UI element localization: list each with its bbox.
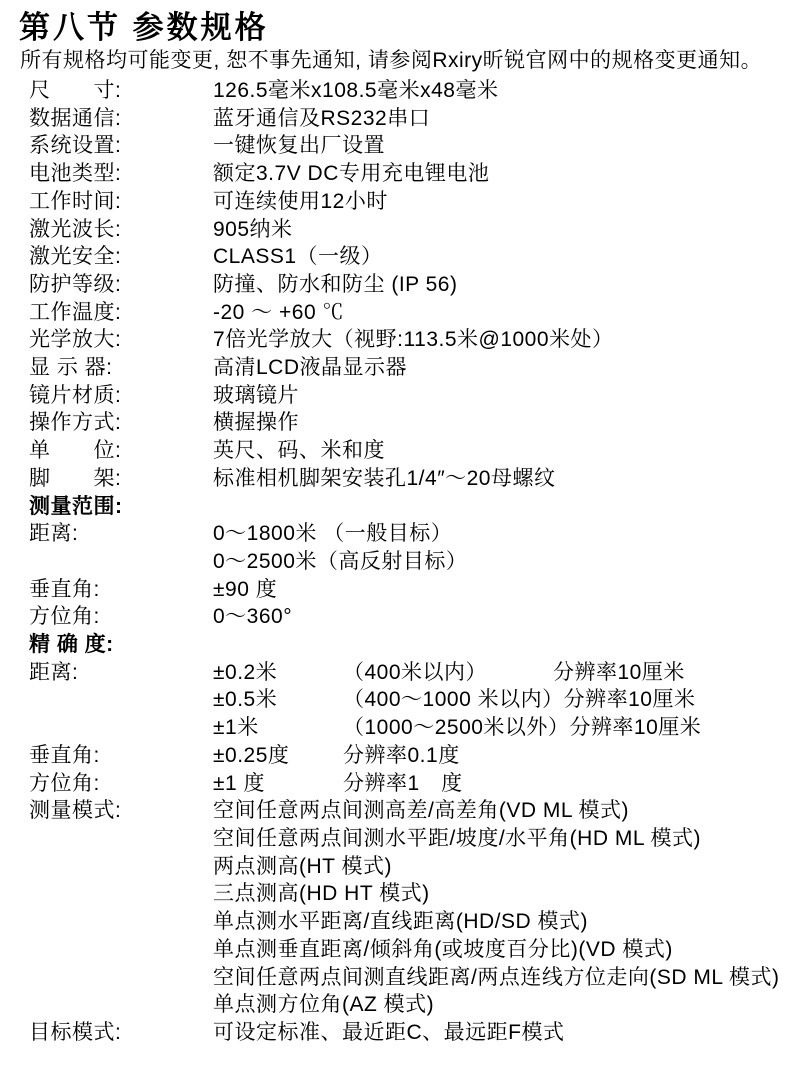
- spec-value: 空间任意两点间测高差/高差角(VD ML 模式): [213, 797, 629, 825]
- spec-label: 系统设置:: [29, 132, 213, 160]
- spec-label: 垂直角:: [29, 742, 213, 770]
- spec-label: 激光安全:: [29, 243, 213, 271]
- spec-row: 激光安全:CLASS1（一级）: [29, 243, 784, 271]
- spec-row: 尺 寸:126.5毫米x108.5毫米x48毫米: [29, 77, 784, 105]
- spec-row: 单点测方位角(AZ 模式): [29, 991, 784, 1019]
- spec-value: ±90 度: [213, 576, 343, 604]
- spec-value: 分辨率10厘米: [553, 659, 685, 687]
- spec-value: 分辨率0.1度: [343, 742, 553, 770]
- spec-value: 7倍光学放大（视野:113.5米@1000米处）: [213, 326, 614, 354]
- spec-value: 空间任意两点间测水平距/坡度/水平角(HD ML 模式): [213, 825, 701, 853]
- spec-value: CLASS1（一级）: [213, 243, 383, 271]
- spec-value: 905纳米: [213, 216, 343, 244]
- spec-row: 方位角:±1 度分辨率1 度: [29, 770, 784, 798]
- spec-value: ±0.2米: [213, 659, 343, 687]
- spec-label: 工作温度:: [29, 299, 213, 327]
- spec-value: 空间任意两点间测直线距离/两点连线方位走向(SD ML 模式): [213, 964, 780, 992]
- spec-row: 垂直角:±90 度: [29, 576, 784, 604]
- spec-value: 单点测方位角(AZ 模式): [213, 991, 434, 1019]
- spec-row: 距离:0～1800米 （一般目标）: [29, 520, 784, 548]
- spec-value: 可连续使用12小时: [213, 188, 388, 216]
- spec-label: 电池类型:: [29, 160, 213, 188]
- spec-value: ±1米: [213, 714, 343, 742]
- document-page: 第八节 参数规格 所有规格均可能变更, 恕不事先通知, 请参阅Rxiry昕锐官网…: [0, 0, 790, 1065]
- spec-value: 玻璃镜片: [213, 382, 343, 410]
- spec-row: 0～2500米（高反射目标）: [29, 548, 784, 576]
- spec-row: 显 示 器:高清LCD液晶显示器: [29, 354, 784, 382]
- spec-row: 单 位:英尺、码、米和度: [29, 437, 784, 465]
- spec-row: 单点测水平距离/直线距离(HD/SD 模式): [29, 908, 784, 936]
- spec-row: 精 确 度:: [29, 631, 784, 659]
- spec-label: 防护等级:: [29, 271, 213, 299]
- spec-value: -20 ～ +60 ℃: [213, 299, 344, 327]
- spec-label: 单 位:: [29, 437, 213, 465]
- spec-row: 镜片材质:玻璃镜片: [29, 382, 784, 410]
- spec-value: ±1 度: [213, 770, 343, 798]
- spec-row: 防护等级:防撞、防水和防尘 (IP 56): [29, 271, 784, 299]
- spec-row: 两点测高(HT 模式): [29, 853, 784, 881]
- spec-label: 方位角:: [29, 603, 213, 631]
- spec-row: 激光波长:905纳米: [29, 216, 784, 244]
- spec-row: 工作温度:-20 ～ +60 ℃: [29, 299, 784, 327]
- spec-value: 蓝牙通信及RS232串口: [213, 105, 430, 133]
- spec-row: 光学放大:7倍光学放大（视野:113.5米@1000米处）: [29, 326, 784, 354]
- spec-value: ±0.25度: [213, 742, 343, 770]
- spec-value: 高清LCD液晶显示器: [213, 354, 407, 382]
- spec-label: 测量范围:: [29, 493, 213, 521]
- spec-value: 可设定标准、最近距C、最远距F模式: [213, 1019, 565, 1047]
- spec-value: （1000～2500米以外）: [343, 714, 569, 742]
- spec-label: 测量模式:: [29, 797, 213, 825]
- spec-row: 测量范围:: [29, 493, 784, 521]
- spec-value: 一键恢复出厂设置: [213, 132, 385, 160]
- spec-table: 尺 寸:126.5毫米x108.5毫米x48毫米数据通信:蓝牙通信及RS232串…: [29, 77, 784, 1047]
- spec-value: 分辨率10厘米: [564, 686, 696, 714]
- spec-label: 光学放大:: [29, 326, 213, 354]
- section-title: 第八节 参数规格: [19, 2, 269, 47]
- spec-label: 目标模式:: [29, 1019, 213, 1047]
- spec-value: 英尺、码、米和度: [213, 437, 385, 465]
- spec-row: 空间任意两点间测水平距/坡度/水平角(HD ML 模式): [29, 825, 784, 853]
- spec-label: 精 确 度:: [29, 631, 213, 659]
- spec-label: 垂直角:: [29, 576, 213, 604]
- notice-text: 所有规格均可能变更, 恕不事先通知, 请参阅Rxiry昕锐官网中的规格变更通知。: [20, 44, 762, 74]
- spec-label: 脚 架:: [29, 465, 213, 493]
- spec-value: 单点测垂直距离/倾斜角(或坡度百分比)(VD 模式): [213, 936, 673, 964]
- spec-value: 标准相机脚架安装孔1/4″～20母螺纹: [213, 465, 555, 493]
- spec-row: ±0.5米（400～1000 米以内）分辨率10厘米: [29, 686, 784, 714]
- spec-row: 距离:±0.2米（400米以内）分辨率10厘米: [29, 659, 784, 687]
- spec-value: 防撞、防水和防尘 (IP 56): [213, 271, 457, 299]
- spec-label: 镜片材质:: [29, 382, 213, 410]
- spec-label: 距离:: [29, 520, 213, 548]
- spec-row: 数据通信:蓝牙通信及RS232串口: [29, 105, 784, 133]
- spec-row: 三点测高(HD HT 模式): [29, 880, 784, 908]
- spec-value: ±0.5米: [213, 686, 343, 714]
- spec-row: 单点测垂直距离/倾斜角(或坡度百分比)(VD 模式): [29, 936, 784, 964]
- spec-value: 0～2500米（高反射目标）: [213, 548, 467, 576]
- spec-label: 尺 寸:: [29, 77, 213, 105]
- spec-row: ±1米（1000～2500米以外）分辨率10厘米: [29, 714, 784, 742]
- spec-row: 电池类型:额定3.7V DC专用充电锂电池: [29, 160, 784, 188]
- spec-value: 分辨率10厘米: [569, 714, 701, 742]
- spec-value: 0～1800米 （一般目标）: [213, 520, 452, 548]
- spec-label: 工作时间:: [29, 188, 213, 216]
- spec-value: 三点测高(HD HT 模式): [213, 880, 430, 908]
- spec-value: 横握操作: [213, 409, 343, 437]
- spec-label: 激光波长:: [29, 216, 213, 244]
- spec-row: 垂直角:±0.25度分辨率0.1度: [29, 742, 784, 770]
- spec-row: 脚 架:标准相机脚架安装孔1/4″～20母螺纹: [29, 465, 784, 493]
- spec-label: 操作方式:: [29, 409, 213, 437]
- spec-row: 操作方式:横握操作: [29, 409, 784, 437]
- spec-value: 额定3.7V DC专用充电锂电池: [213, 160, 489, 188]
- spec-value: 分辨率1 度: [343, 770, 553, 798]
- spec-value: 0～360°: [213, 603, 343, 631]
- spec-value: 单点测水平距离/直线距离(HD/SD 模式): [213, 908, 588, 936]
- spec-value: （400米以内）: [343, 659, 553, 687]
- spec-row: 方位角:0～360°: [29, 603, 784, 631]
- spec-row: 工作时间:可连续使用12小时: [29, 188, 784, 216]
- spec-value: （400～1000 米以内）: [343, 686, 564, 714]
- spec-label: 数据通信:: [29, 105, 213, 133]
- spec-row: 空间任意两点间测直线距离/两点连线方位走向(SD ML 模式): [29, 964, 784, 992]
- spec-label: 方位角:: [29, 770, 213, 798]
- spec-row: 系统设置:一键恢复出厂设置: [29, 132, 784, 160]
- spec-row: 测量模式:空间任意两点间测高差/高差角(VD ML 模式): [29, 797, 784, 825]
- spec-label: 距离:: [29, 659, 213, 687]
- spec-value: 126.5毫米x108.5毫米x48毫米: [213, 77, 498, 105]
- spec-label: 显 示 器:: [29, 354, 213, 382]
- spec-value: 两点测高(HT 模式): [213, 853, 392, 881]
- spec-row: 目标模式:可设定标准、最近距C、最远距F模式: [29, 1019, 784, 1047]
